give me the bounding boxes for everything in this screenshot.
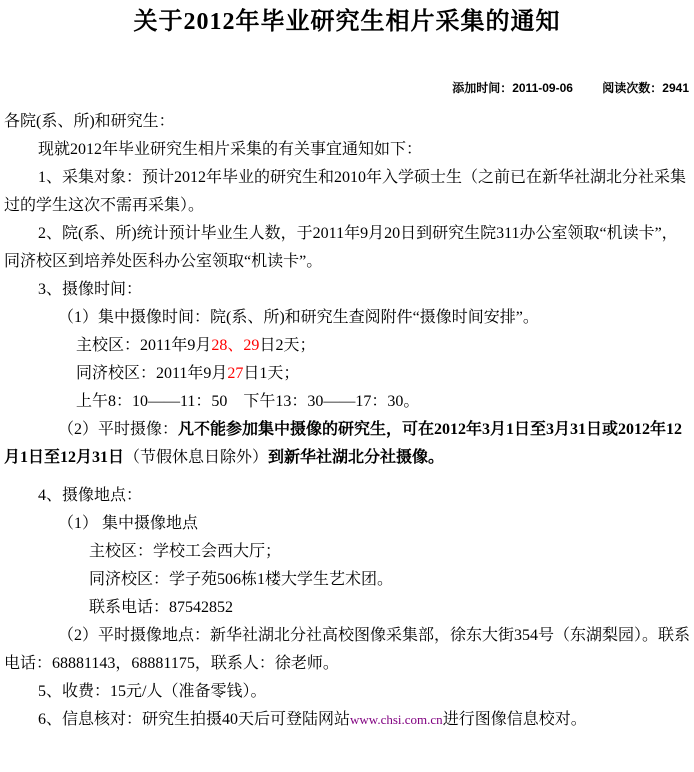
text-segment: 主校区：2011年9月 bbox=[76, 337, 211, 354]
read-count-value: 2941 bbox=[662, 81, 689, 95]
text-segment: 3、摄像时间： bbox=[38, 281, 142, 298]
notice-body: 各院(系、所)和研究生：现就2012年毕业研究生相片采集的有关事宜通知如下：1、… bbox=[0, 108, 694, 734]
paragraph: 2、院(系、所)统计预计毕业生人数，于2011年9月20日到研究生院311办公室… bbox=[4, 220, 692, 276]
text-segment: 日1天； bbox=[243, 365, 299, 382]
paragraph: 现就2012年毕业研究生相片采集的有关事宜通知如下： bbox=[4, 136, 692, 164]
text-segment: 同济校区：2011年9月 bbox=[76, 365, 227, 382]
text-segment: （1）集中摄像时间：院(系、所)和研究生查阅附件“摄像时间安排”。 bbox=[58, 309, 539, 326]
paragraph: 5、收费：15元/人（准备零钱）。 bbox=[4, 678, 692, 706]
text-segment: 现就2012年毕业研究生相片采集的有关事宜通知如下： bbox=[38, 141, 422, 158]
text-segment: 日2天； bbox=[259, 337, 315, 354]
text-segment: 5、收费：15元/人（准备零钱）。 bbox=[38, 683, 266, 700]
text-segment: （2）平时摄像： bbox=[58, 421, 178, 438]
text-segment: 主校区：学校工会西大厅； bbox=[89, 543, 281, 560]
text-segment: 到新华社湖北分社摄像。 bbox=[268, 449, 444, 466]
paragraph: （1） 集中摄像地点 bbox=[4, 510, 692, 538]
paragraph: 主校区：学校工会西大厅； bbox=[4, 538, 692, 566]
read-count-label: 阅读次数： bbox=[602, 81, 662, 95]
text-segment: （2）平时摄像地点：新华社湖北分社高校图像采集部，徐东大街354号（东湖梨园）。… bbox=[4, 627, 690, 672]
text-segment: 各院(系、所)和研究生： bbox=[4, 113, 175, 130]
text-segment: 28、29 bbox=[211, 337, 259, 354]
paragraph: 上午8：10——11：50 下午13：30——17：30。 bbox=[4, 388, 692, 416]
text-segment: （节假休息日除外） bbox=[124, 449, 268, 466]
added-time-value: 2011-09-06 bbox=[512, 81, 573, 95]
text-segment: 27 bbox=[227, 365, 243, 382]
paragraph: 3、摄像时间： bbox=[4, 276, 692, 304]
text-segment: 1、采集对象：预计2012年毕业的研究生和2010年入学硕士生（之前已在新华社湖… bbox=[4, 169, 686, 214]
paragraph: 4、摄像地点： bbox=[4, 482, 692, 510]
paragraph: 主校区：2011年9月28、29日2天； bbox=[4, 332, 692, 360]
text-segment: 6、信息核对：研究生拍摄40天后可登陆网站 bbox=[38, 711, 350, 728]
text-segment: 联系电话：87542852 bbox=[89, 599, 233, 616]
paragraph: 同济校区：2011年9月27日1天； bbox=[4, 360, 692, 388]
paragraph: 6、信息核对：研究生拍摄40天后可登陆网站www.chsi.com.cn进行图像… bbox=[4, 706, 692, 734]
paragraph: 1、采集对象：预计2012年毕业的研究生和2010年入学硕士生（之前已在新华社湖… bbox=[4, 164, 692, 220]
text-segment: 上午8：10——11：50 下午13：30——17：30。 bbox=[76, 393, 419, 410]
page-title: 关于2012年毕业研究生相片采集的通知 bbox=[0, 6, 694, 38]
text-segment: 同济校区：学子苑506栋1楼大学生艺术团。 bbox=[89, 571, 393, 588]
paragraph: 同济校区：学子苑506栋1楼大学生艺术团。 bbox=[4, 566, 692, 594]
paragraph: 联系电话：87542852 bbox=[4, 594, 692, 622]
text-segment: 进行图像信息校对。 bbox=[443, 711, 587, 728]
paragraph: （1）集中摄像时间：院(系、所)和研究生查阅附件“摄像时间安排”。 bbox=[4, 304, 692, 332]
added-time-label: 添加时间： bbox=[452, 81, 512, 95]
paragraph: （2）平时摄像：凡不能参加集中摄像的研究生，可在2012年3月1日至3月31日或… bbox=[4, 416, 692, 472]
text-segment: 4、摄像地点： bbox=[38, 487, 142, 504]
paragraph: 各院(系、所)和研究生： bbox=[4, 108, 692, 136]
notice-page: 关于2012年毕业研究生相片采集的通知 添加时间：2011-09-06 阅读次数… bbox=[0, 6, 694, 772]
meta-bar: 添加时间：2011-09-06 阅读次数：2941 bbox=[0, 80, 694, 96]
text-segment: 2、院(系、所)统计预计毕业生人数，于2011年9月20日到研究生院311办公室… bbox=[4, 225, 678, 270]
chsi-website-link[interactable]: www.chsi.com.cn bbox=[350, 712, 443, 727]
text-segment: （1） 集中摄像地点 bbox=[58, 515, 198, 532]
paragraph: （2）平时摄像地点：新华社湖北分社高校图像采集部，徐东大街354号（东湖梨园）。… bbox=[4, 622, 692, 678]
